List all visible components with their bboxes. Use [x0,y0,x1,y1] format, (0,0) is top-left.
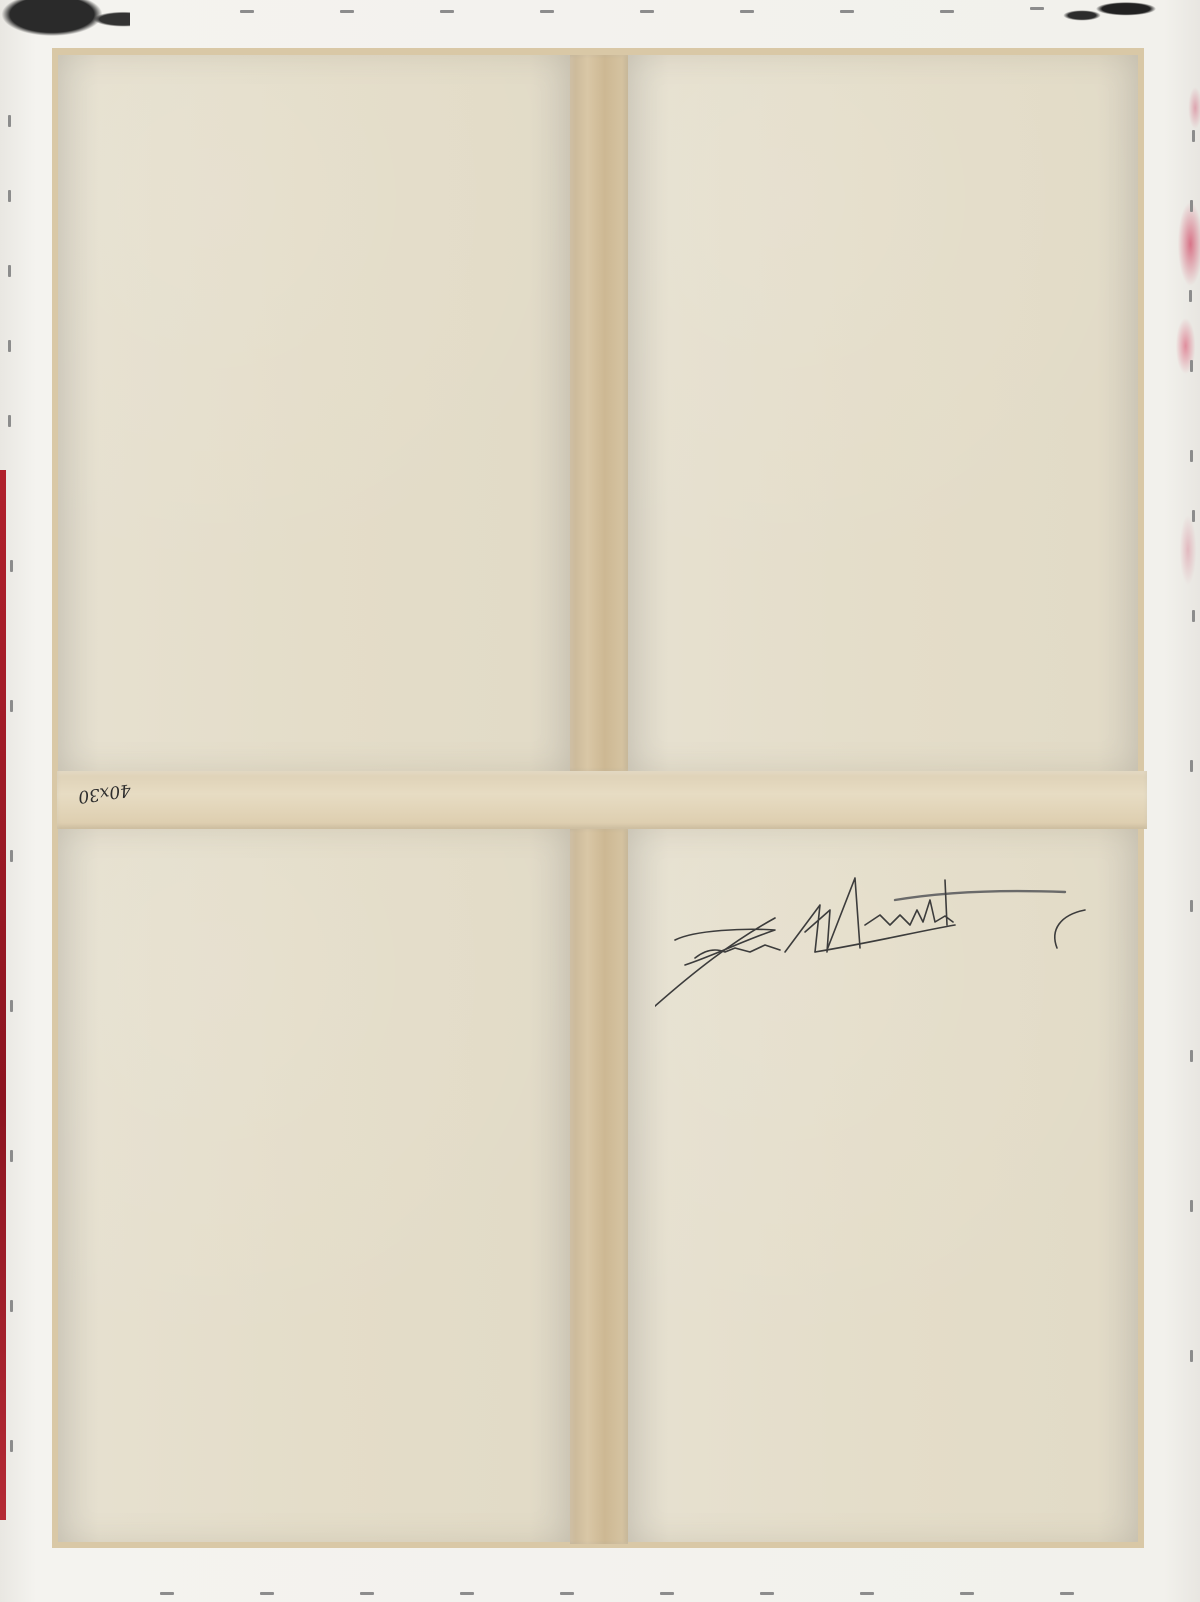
staple [160,1592,174,1595]
black-paint-top-right [1060,0,1170,22]
staple [760,1592,774,1595]
staple [8,265,11,277]
black-paint-top-left [0,0,130,48]
staple [8,115,11,127]
stretcher-bar-vertical-bottom [570,829,628,1544]
staple [660,1592,674,1595]
staple [1190,200,1193,212]
stretcher-bar-vertical-top [570,55,628,771]
staple [960,1592,974,1595]
staple [240,10,254,13]
staple [8,190,11,202]
staple [8,415,11,427]
canvas-panel-bottom-left [58,829,570,1542]
staple [1190,760,1193,772]
artist-signature [655,870,1095,1040]
staple [8,340,11,352]
staple [540,10,554,13]
staple [10,1150,13,1162]
staple [1190,450,1193,462]
canvas-panel-top-left [58,55,570,771]
staple [1060,1592,1074,1595]
staple [640,10,654,13]
staple [840,10,854,13]
staple [1189,290,1192,302]
staple [560,1592,574,1595]
stretcher-bar-horizontal [57,771,1147,829]
staple [360,1592,374,1595]
staple [1190,1050,1193,1062]
staple [1192,130,1195,142]
staple [10,1000,13,1012]
staple [1192,510,1195,522]
staple [1190,1200,1193,1212]
staple [10,850,13,862]
staple [1030,7,1044,10]
staple [1190,900,1193,912]
red-paint-left-edge [0,470,6,1520]
staple [10,700,13,712]
staple [740,10,754,13]
staple [940,10,954,13]
canvas-back-photo: 40x30 Richard Hambleton [0,0,1200,1602]
staple [1190,360,1193,372]
canvas-panel-top-right [628,55,1138,771]
staple [10,1440,13,1452]
staple [340,10,354,13]
staple [260,1592,274,1595]
staple [10,560,13,572]
staple [860,1592,874,1595]
staple [460,1592,474,1595]
staple [440,10,454,13]
staple [1192,610,1195,622]
staple [10,1300,13,1312]
staple [1190,1350,1193,1362]
